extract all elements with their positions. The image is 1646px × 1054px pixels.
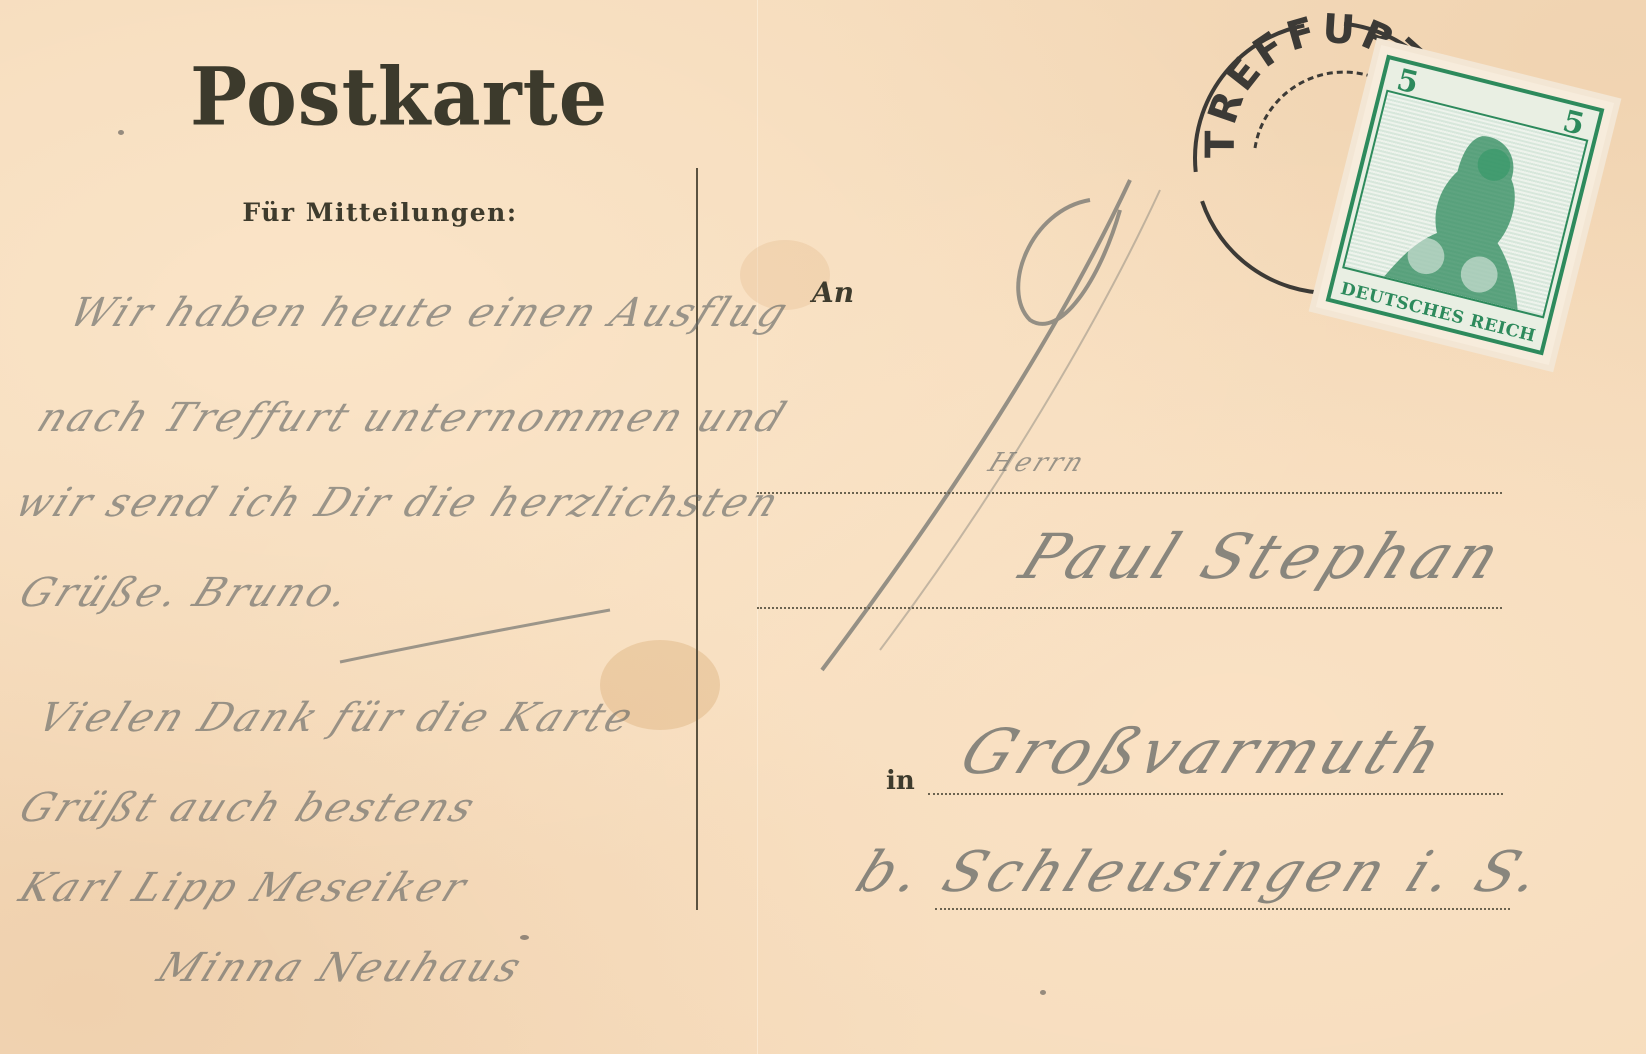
address-district: b. Schleusingen i. S. [847,840,1556,905]
city-line [928,793,1503,795]
message-line: Grüße. Bruno. [13,570,359,616]
ink-speck [520,935,529,940]
ink-speck [118,130,124,135]
address-name: Paul Stephan [1010,520,1515,593]
signature-underline [330,600,620,670]
message-line: Wir haben heute einen Ausflug [63,290,797,336]
vertical-divider [696,168,698,910]
ink-speck [1040,990,1046,995]
address-city: Großvarmuth [950,715,1458,788]
message-line: Vielen Dank für die Karte [31,695,643,741]
message-line: wir send ich Dir die herzlichsten [9,480,788,526]
salutation-flourish [800,170,1220,690]
card-title: Postkarte [190,50,570,143]
message-line: nach Treffurt unternommen und [31,395,795,441]
address-salutation: Herrn [984,448,1091,478]
address-line [757,607,1502,609]
district-line [935,908,1510,910]
paper-fold [757,0,758,1054]
postcard-back: Postkarte Für Mitteilungen: Wir haben he… [0,0,1646,1054]
address-line [757,492,1502,494]
message-line: Minna Neuhaus [151,945,531,991]
message-line: Grüßt auch bestens [13,785,484,831]
city-label: in [886,766,915,796]
message-heading: Für Mitteilungen: [190,198,570,227]
message-line: Karl Lipp Meseiker [13,865,476,911]
